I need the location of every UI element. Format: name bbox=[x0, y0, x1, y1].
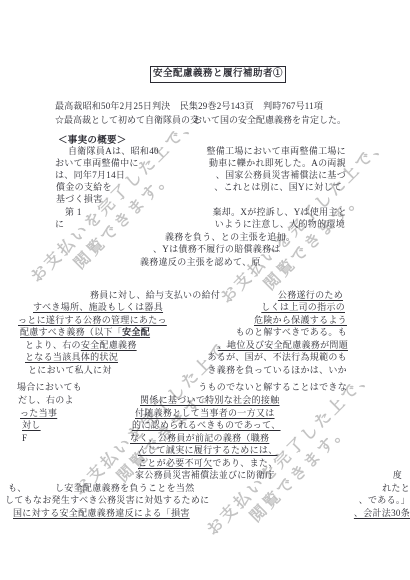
text-fragment: してもなお発生すべき公務災害に対処するために bbox=[5, 495, 209, 505]
text-fragment: 償金の支給を bbox=[56, 182, 112, 192]
text-fragment: おいて車両整備中に bbox=[55, 158, 139, 168]
text-fragment: に bbox=[55, 219, 64, 229]
text-fragment: なく、公務員が前記の義務（職務 bbox=[130, 433, 269, 443]
text-fragment: 危険から保護するよう bbox=[254, 315, 347, 325]
text-fragment: 度 bbox=[393, 470, 402, 480]
text-fragment: 棄却。Xが控訴し、Yは使用主と bbox=[213, 207, 348, 217]
text-fragment: 関係に基づいて特別な社会的接触 bbox=[140, 395, 280, 405]
text-fragment: も、 bbox=[8, 483, 27, 493]
document-page: お支払いを完了した上で、閲覧できます。お支払いを完了した上で、閲覧できます。お支… bbox=[0, 0, 410, 580]
text-fragment: 公務遂行のため bbox=[278, 290, 343, 300]
text-fragment: あるが、国が、不法行為規範のも bbox=[207, 352, 347, 362]
text-fragment: 基づく損害 bbox=[56, 194, 103, 204]
text-fragment: F bbox=[22, 433, 27, 443]
document-body: 安全配慮義務と履行補助者① 最高裁昭和50年2月25日判決 民集29巻2号143… bbox=[0, 0, 410, 580]
text-fragment: 的に認められるべきものであって、 bbox=[132, 420, 281, 430]
text-fragment: 第 1 bbox=[65, 207, 82, 217]
case-note-right: おいて国の安全配慮義務を肯定した。 bbox=[193, 113, 346, 126]
text-fragment: 付随義務として当事者の一方又は bbox=[135, 408, 275, 418]
text-fragment: った当事 bbox=[20, 408, 57, 418]
text-fragment: 国に対する安全配慮義務違反による「損害 bbox=[13, 508, 190, 518]
text-fragment: し安全配慮義務を負うことを当然 bbox=[55, 483, 195, 493]
text-fragment: ことが必要不可欠であり、また、 bbox=[138, 458, 278, 468]
text-fragment: んじて誠実に履行するためには、 bbox=[138, 445, 278, 455]
text-fragment: 配慮すべき義務（以下「安全配 bbox=[20, 327, 150, 337]
text-fragment: 務員に対し、給与支払いの給付 bbox=[90, 290, 220, 300]
text-fragment: れたと bbox=[382, 483, 410, 493]
text-fragment: 自衛隊員Aは、昭和40 bbox=[68, 146, 159, 156]
page-title: 安全配慮義務と履行補助者① bbox=[150, 66, 286, 83]
text-fragment: 場合においても bbox=[17, 382, 82, 392]
text-fragment: すべき場所、施設もしくは器具 bbox=[33, 302, 163, 312]
text-fragment: しくは上司の指示の bbox=[261, 302, 345, 312]
text-fragment: 、地位及び安全配慮義務が問題 bbox=[218, 340, 348, 350]
text-fragment: 、である。」 bbox=[359, 495, 410, 505]
text-fragment: 義務違反の主張を認めて、原 bbox=[140, 257, 261, 267]
text-fragment: とより、右の安全配慮義務 bbox=[25, 340, 137, 350]
text-fragment: だし、右のよ bbox=[18, 395, 74, 405]
case-note-left: ☆最高裁として初めて自衛隊員の交 bbox=[55, 113, 199, 126]
text-fragment: 、Yは債務不履行の賠償義務は bbox=[153, 244, 281, 254]
text-fragment: 対し bbox=[22, 420, 41, 430]
text-fragment: 義務を負う、との主張を追加。 bbox=[165, 232, 295, 242]
text-fragment: っとに遂行する公務の管理にあたっ bbox=[18, 315, 167, 325]
text-fragment: は、同年7月14日 bbox=[55, 170, 125, 180]
text-fragment: 家公務員災害補償法並びに防衛庁 bbox=[135, 470, 275, 480]
case-citation: 最高裁昭和50年2月25日判決 民集29巻2号143頁 判時767号11項 bbox=[55, 99, 323, 112]
text-fragment: き義務を負っているほかは、いか bbox=[207, 365, 347, 375]
text-fragment: とにおいて私人に対 bbox=[28, 365, 112, 375]
text-fragment: いように注意し、人的物的環境 bbox=[215, 219, 345, 229]
text-fragment: 、これとは別に、国Yに対して bbox=[214, 182, 342, 192]
section-heading-facts: ＜事実の概要＞ bbox=[58, 132, 127, 146]
text-fragment: 動車に轢かれ即死した。Aの両親 bbox=[209, 158, 346, 168]
text-fragment: 、会計法30条 bbox=[354, 508, 410, 518]
text-fragment: 整備工場において車両整備工場に bbox=[206, 146, 346, 156]
text-fragment: ものと解すべきである。も bbox=[236, 327, 347, 337]
text-fragment: となる当該具体的状況 bbox=[25, 352, 118, 362]
text-fragment: 、国家公務員災害補償法に基づ bbox=[216, 170, 346, 180]
text-fragment: うものでないと解することはできな bbox=[198, 382, 347, 392]
